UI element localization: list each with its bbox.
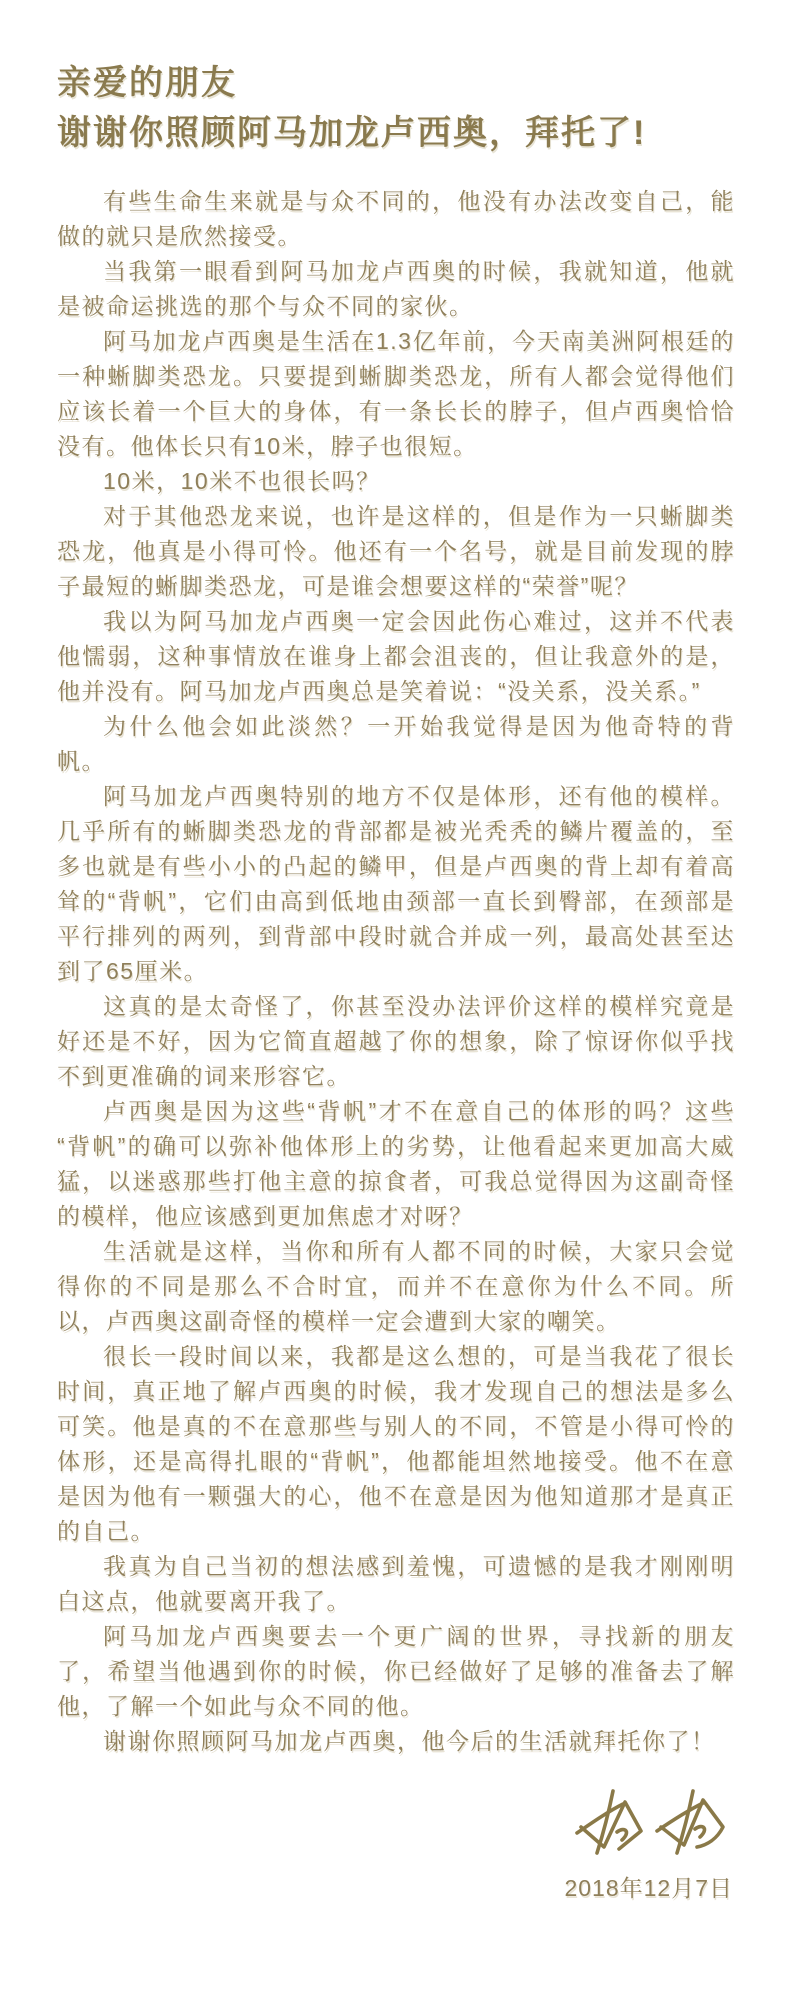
- letter-paragraph: 为什么他会如此淡然？一开始我觉得是因为他奇特的背帆。: [57, 709, 735, 779]
- letter-paragraph: 这真的是太奇怪了，你甚至没办法评价这样的模样究竟是好还是不好，因为它简直超越了你…: [57, 989, 735, 1094]
- letter-paragraph: 我以为阿马加龙卢西奥一定会因此伤心难过，这并不代表他懦弱，这种事情放在谁身上都会…: [57, 604, 735, 709]
- heading-line-1: 亲爱的朋友: [57, 58, 735, 108]
- letter-paragraph: 很长一段时间以来，我都是这么想的，可是当我花了很长时间，真正地了解卢西奥的时候，…: [57, 1339, 735, 1549]
- letter-paragraph: 有些生命生来就是与众不同的，他没有办法改变自己，能做的就只是欣然接受。: [57, 184, 735, 254]
- handwritten-signature-icon: [573, 1787, 733, 1859]
- letter-paragraph: 阿马加龙卢西奥要去一个更广阔的世界，寻找新的朋友了，希望当他遇到你的时候，你已经…: [57, 1619, 735, 1724]
- letter-paragraph: 卢西奥是因为这些“背帆”才不在意自己的体形的吗？这些“背帆”的确可以弥补他体形上…: [57, 1094, 735, 1234]
- letter-paragraph: 谢谢你照顾阿马加龙卢西奥，他今后的生活就拜托你了！: [57, 1724, 735, 1759]
- letter-paragraph: 当我第一眼看到阿马加龙卢西奥的时候，我就知道，他就是被命运挑选的那个与众不同的家…: [57, 254, 735, 324]
- letter-page: 亲爱的朋友 谢谢你照顾阿马加龙卢西奥，拜托了! 有些生命生来就是与众不同的，他没…: [0, 0, 790, 2000]
- letter-paragraph: 阿马加龙卢西奥是生活在1.3亿年前，今天南美洲阿根廷的一种蜥脚类恐龙。只要提到蜥…: [57, 324, 735, 464]
- letter-paragraph: 我真为自己当初的想法感到羞愧，可遗憾的是我才刚刚明白这点，他就要离开我了。: [57, 1549, 735, 1619]
- heading-line-2: 谢谢你照顾阿马加龙卢西奥，拜托了!: [57, 108, 735, 158]
- letter-heading: 亲爱的朋友 谢谢你照顾阿马加龙卢西奥，拜托了!: [57, 58, 735, 158]
- letter-date: 2018年12月7日: [57, 1870, 733, 1903]
- letter-paragraph: 对于其他恐龙来说，也许是这样的，但是作为一只蜥脚类恐龙，他真是小得可怜。他还有一…: [57, 499, 735, 604]
- letter-body: 有些生命生来就是与众不同的，他没有办法改变自己，能做的就只是欣然接受。 当我第一…: [57, 184, 735, 1759]
- letter-paragraph: 10米，10米不也很长吗？: [57, 464, 735, 499]
- letter-paragraph: 生活就是这样，当你和所有人都不同的时候，大家只会觉得你的不同是那么不合时宜，而并…: [57, 1234, 735, 1339]
- letter-paragraph: 阿马加龙卢西奥特别的地方不仅是体形，还有他的模样。几乎所有的蜥脚类恐龙的背部都是…: [57, 779, 735, 989]
- signature-block: 2018年12月7日: [57, 1787, 735, 1903]
